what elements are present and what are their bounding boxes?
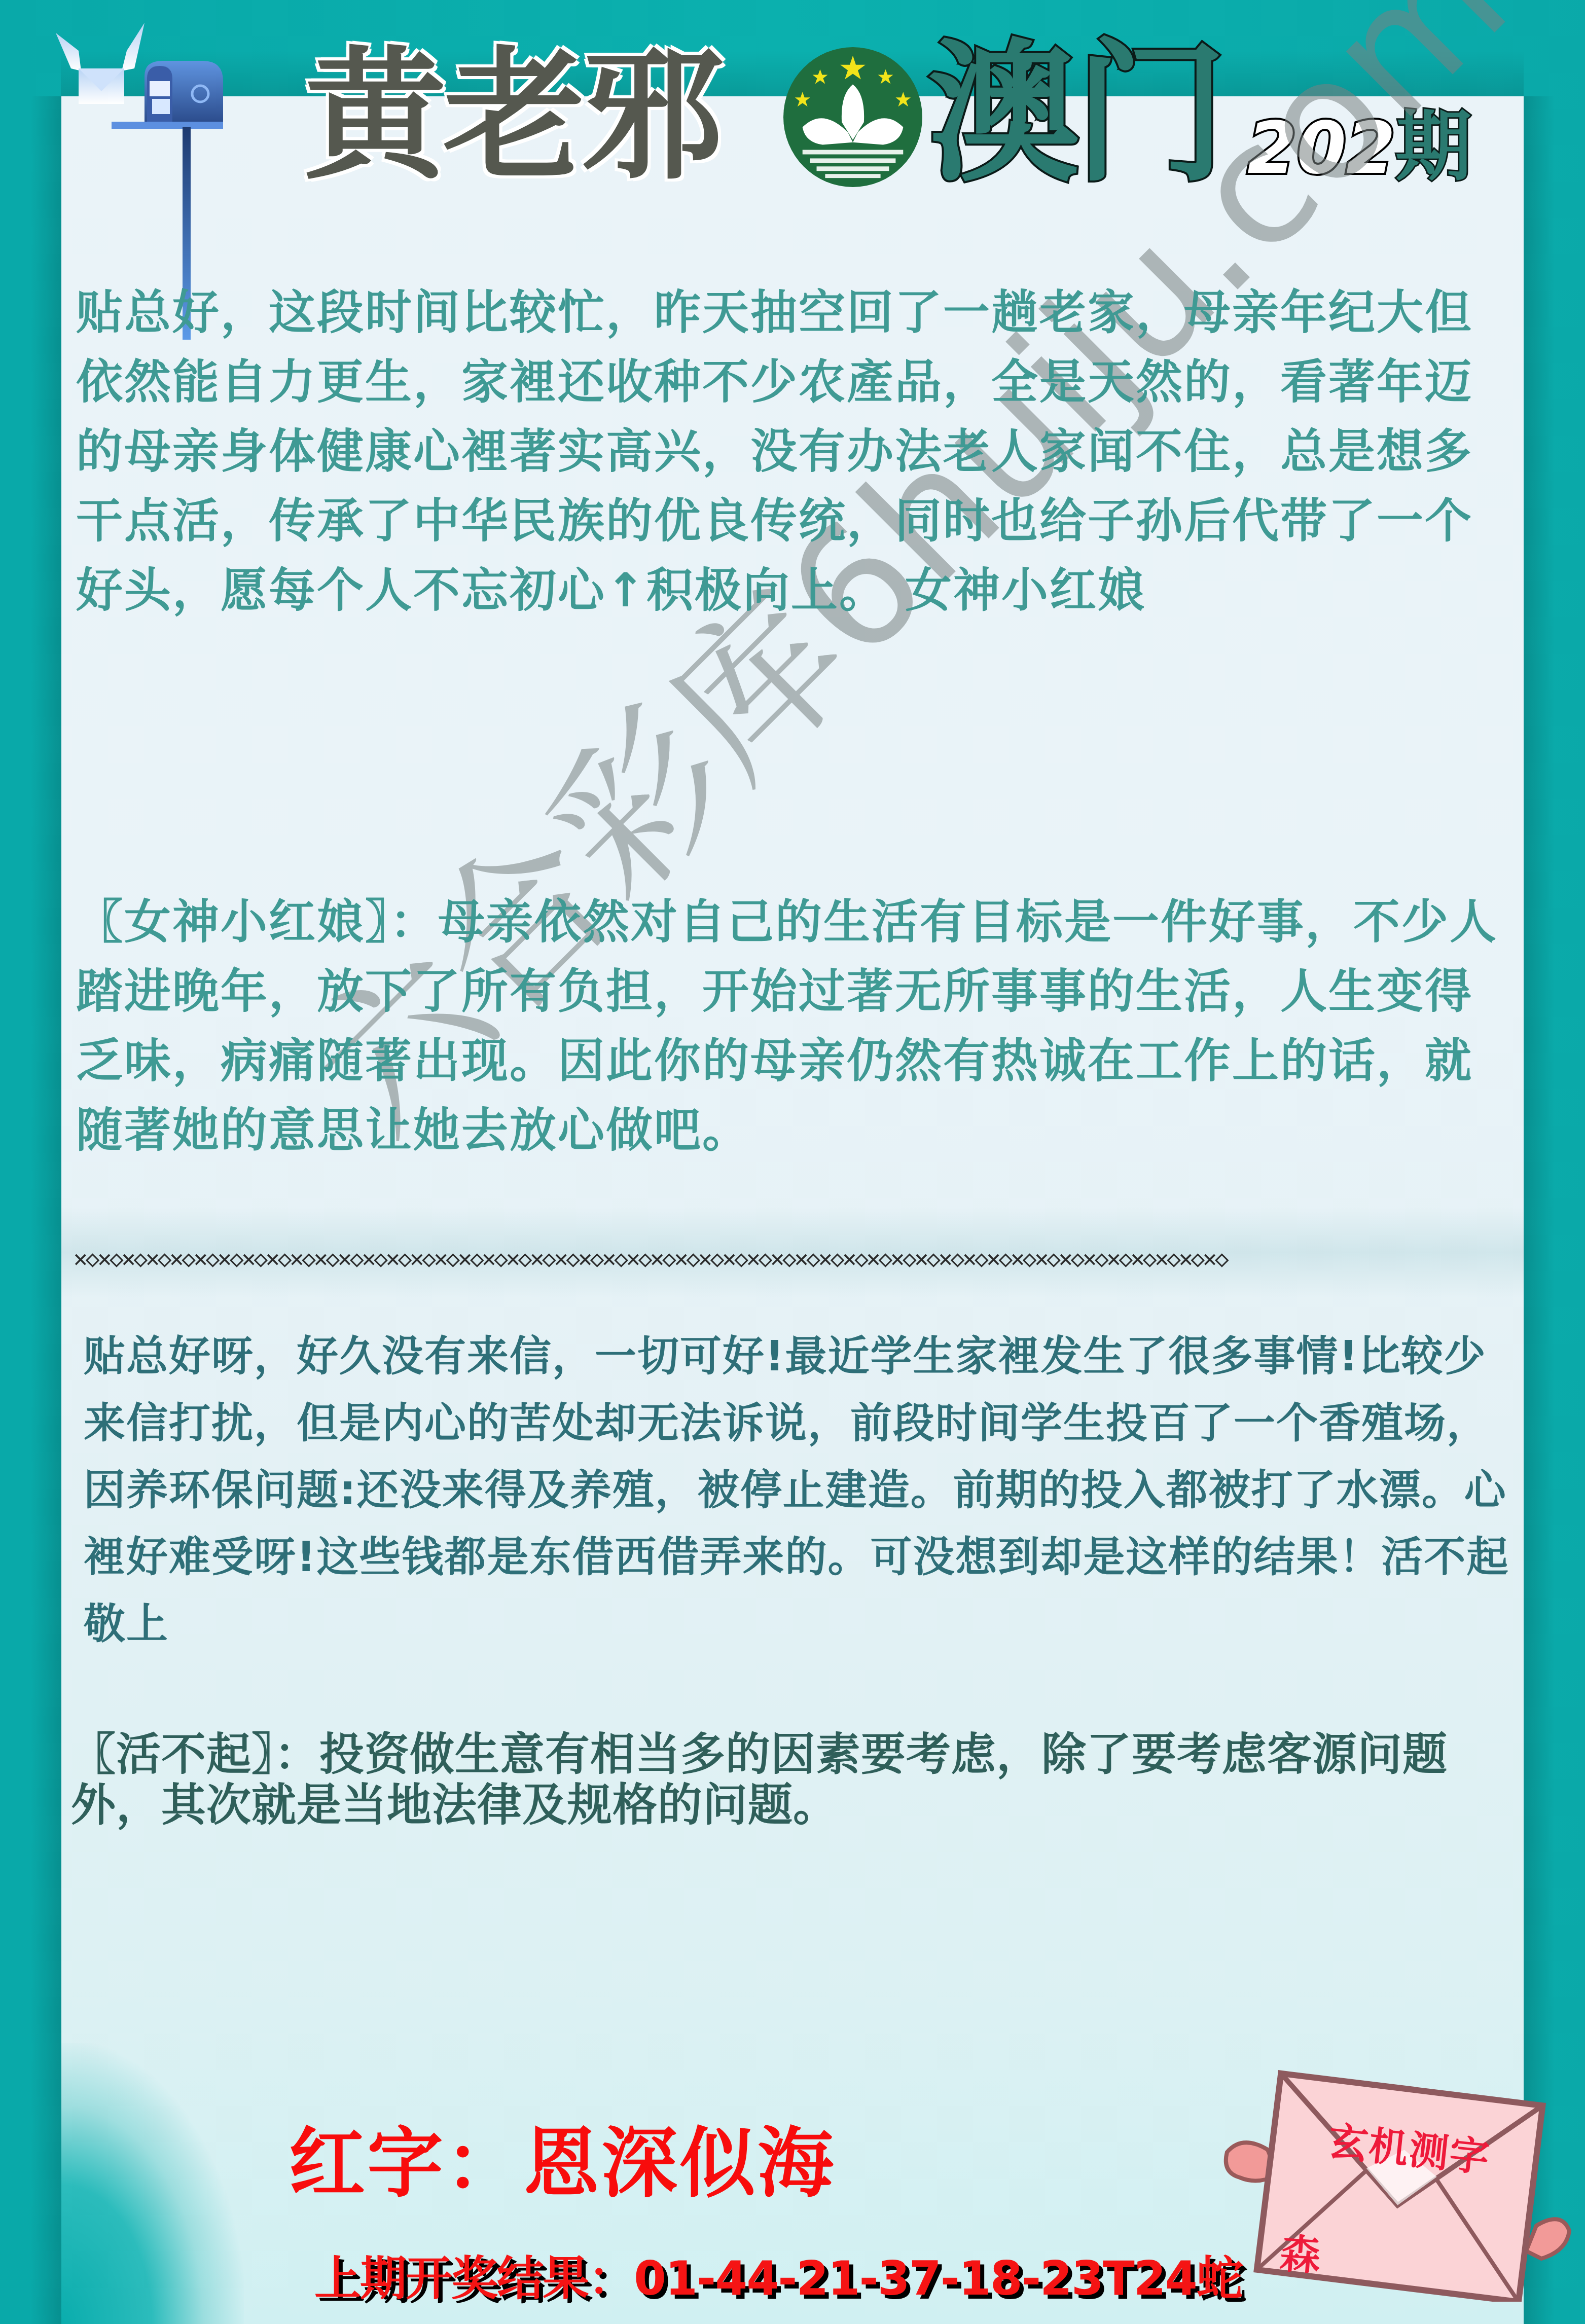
reply-2: 〖活不起〗：投资做生意有相当多的因素要考虑，除了要考虑客源问题外，其次就是当地法…	[71, 1729, 1511, 1830]
separator-divider: ✕◇✕◇✕◇✕◇✕◇✕◇✕◇✕◇✕◇✕◇✕◇✕◇✕◇✕◇✕◇✕◇✕◇✕◇✕◇✕◇…	[74, 1243, 1524, 1274]
macau-emblem-icon	[782, 47, 923, 188]
riddle-envelope: 玄机测字 森	[1212, 2058, 1577, 2302]
last-result: 上期开奖结果：01-44-21-37-18-23T24蛇	[314, 2246, 1242, 2312]
letter-2: 贴总好呀，好久没有来信，一切可好!最近学生家裡发生了很多事情!比较少来信打扰，但…	[84, 1323, 1511, 1658]
letter-1: 贴总好，这段时间比较忙，昨天抽空回了一趟老家，母亲年纪大但依然能自力更生，家裡还…	[76, 278, 1511, 625]
envelope-character: 森	[1278, 2221, 1323, 2281]
title-name: 黄老邪	[304, 41, 721, 193]
red-word-value: 恩深似海	[523, 2120, 836, 2208]
page-curl	[61, 2043, 244, 2324]
frame-right-shade	[1523, 96, 1555, 2324]
winged-envelope-icon	[1212, 2058, 1577, 2302]
red-word: 红字：恩深似海	[289, 2118, 836, 2209]
red-word-label: 红字：	[289, 2120, 523, 2208]
reply-1: 〖女神小红娘〗：母亲依然对自己的生活有目标是一件好事，不少人踏进晚年，放下了所有…	[76, 887, 1511, 1165]
result-label: 上期开奖结果：	[314, 2252, 634, 2306]
result-value: 01-44-21-37-18-23T24蛇	[634, 2252, 1242, 2306]
frame-left-shade	[30, 96, 62, 2324]
